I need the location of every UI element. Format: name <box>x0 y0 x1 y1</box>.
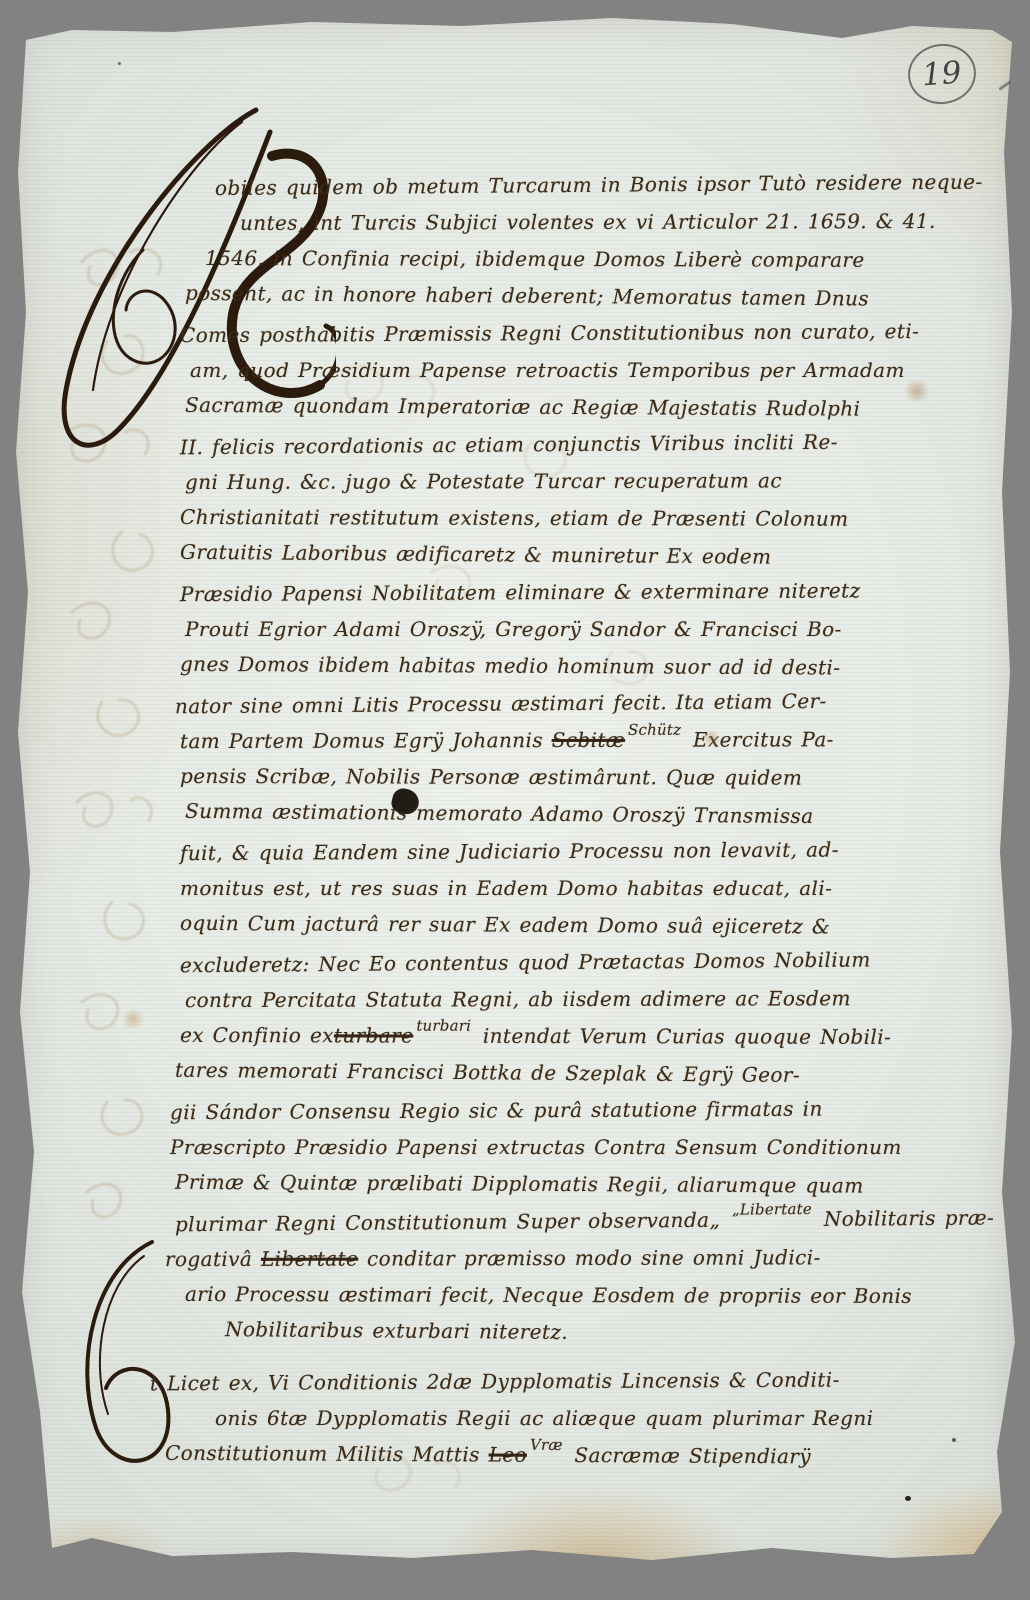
manuscript-line: Christianitati restitutum existens, etia… <box>150 500 990 539</box>
manuscript-line: pensis Scribæ, Nobilis Personæ æstimârun… <box>150 759 990 798</box>
manuscript-text-segment: Sacramæ quondam Imperatoriæ ac Regiæ Maj… <box>185 393 861 421</box>
struck-word: Libertate <box>261 1247 358 1271</box>
manuscript-text-segment: oquin Cum jacturâ rer suar Ex eadem Domo… <box>180 911 830 939</box>
manuscript-text-segment: gni Hung. &c. jugo & Potestate Turcar re… <box>185 468 782 494</box>
scanned-manuscript-page: { "page": { "page_number": "19", "backgr… <box>0 0 1030 1600</box>
manuscript-line: fuit, & quia Eandem sine Judiciario Proc… <box>150 832 990 874</box>
manuscript-text-segment: pensis Scribæ, Nobilis Personæ æstimârun… <box>180 764 802 790</box>
manuscript-line: Præsidio Papensi Nobilitatem eliminare &… <box>150 573 990 615</box>
inserted-word: Vræ <box>530 1428 563 1462</box>
manuscript-line: ex Confinio exturbareturbari intendat Ve… <box>150 1018 990 1057</box>
manuscript-text-segment: untes, int Turcis Subjici volentes ex vi… <box>240 209 936 235</box>
manuscript-text-segment: tam Partem Domus Egrÿ Johannis <box>180 728 552 753</box>
manuscript-text-segment: Summa æstimationis memorato Adamo Oroszÿ… <box>185 799 814 828</box>
manuscript-line: am, quod Præsidium Papense retroactis Te… <box>150 353 990 390</box>
manuscript-line: t Licet ex, Vi Conditionis 2dæ Dypplomat… <box>150 1362 990 1404</box>
manuscript-line: excluderetz: Nec Eo contentus quod Præta… <box>150 941 990 985</box>
manuscript-text-segment: Sacræmæ Stipendiarÿ <box>566 1443 811 1468</box>
manuscript-text-segment: ex Confinio ex <box>180 1023 334 1047</box>
manuscript-line: 1546. in Confinia recipi, ibidemque Domo… <box>150 241 990 280</box>
inserted-word: turbari <box>416 1009 471 1043</box>
manuscript-text-segment: intendat Verum Curias quoque Nobili- <box>474 1024 891 1049</box>
manuscript-line: monitus est, ut res suas in Eadem Domo h… <box>150 871 990 908</box>
page-number: 19 <box>921 55 963 94</box>
manuscript-line: rogativâ Libertate conditar præmisso mod… <box>150 1240 990 1279</box>
manuscript-text-segment: Christianitati restitutum existens, etia… <box>180 505 849 531</box>
struck-word: turbare <box>334 1023 413 1047</box>
manuscript-line: Nobilitaribus exturbari niteretz. <box>150 1311 990 1355</box>
manuscript-text-segment: gii Sándor Consensu Regio sic & purâ sta… <box>170 1097 823 1125</box>
manuscript-text-segment: Prouti Egrior Adami Oroszÿ, Gregorÿ Sand… <box>185 617 842 641</box>
ink-speck <box>905 1496 911 1501</box>
manuscript-line: obiles quidem ob metum Turcarum in Bonis… <box>150 164 990 208</box>
manuscript-line: possent, ac in honore haberi deberent; M… <box>150 275 990 319</box>
ink-speck <box>118 62 121 65</box>
manuscript-line: contra Percitata Statuta Regni, ab iisde… <box>150 981 990 1020</box>
manuscript-text-segment: plurimar Regni Constitutionum Super obse… <box>175 1208 729 1237</box>
manuscript-text-segment: contra Percitata Statuta Regni, ab iisde… <box>185 986 851 1012</box>
manuscript-line: untes, int Turcis Subjici volentes ex vi… <box>150 204 990 243</box>
manuscript-line: II. felicis recordationis ac etiam conju… <box>150 423 990 467</box>
manuscript-text-segment: Exercitus Pa- <box>684 727 834 751</box>
manuscript-text-segment: Constitutionum Militis Mattis <box>165 1441 489 1467</box>
manuscript-line: plurimar Regni Constitutionum Super obse… <box>150 1200 990 1244</box>
manuscript-text-segment: fuit, & quia Eandem sine Judiciario Proc… <box>180 837 839 865</box>
manuscript-text-segment: conditar præmisso modo sine omni Judici- <box>358 1245 821 1270</box>
manuscript-text: obiles quidem ob metum Turcarum in Bonis… <box>150 168 990 1475</box>
manuscript-text-segment: Comes posthabitis Præmissis Regni Consti… <box>180 319 919 347</box>
manuscript-line: Prouti Egrior Adami Oroszÿ, Gregorÿ Sand… <box>150 612 990 649</box>
manuscript-text-segment: Præsidio Papensi Nobilitatem eliminare &… <box>180 578 861 606</box>
manuscript-text-segment: excluderetz: Nec Eo contentus quod Præta… <box>180 947 871 977</box>
manuscript-text-segment: am, quod Præsidium Papense retroactis Te… <box>190 358 905 382</box>
manuscript-line: onis 6tæ Dypplomatis Regii ac aliæque qu… <box>150 1401 990 1438</box>
manuscript-text-segment: nator sine omni Litis Processu æstimari … <box>175 689 827 718</box>
manuscript-text-segment: gnes Domos ibidem habitas medio hominum … <box>180 652 841 680</box>
struck-word: Scbitæ <box>552 728 625 752</box>
manuscript-line: Primæ & Quintæ prælibati Dipplomatis Reg… <box>150 1165 990 1207</box>
manuscript-line: oquin Cum jacturâ rer suar Ex eadem Domo… <box>150 906 990 948</box>
manuscript-line: Sacramæ quondam Imperatoriæ ac Regiæ Maj… <box>150 388 990 430</box>
manuscript-text-segment: ario Processu æstimari fecit, Necque Eos… <box>185 1282 912 1308</box>
manuscript-line: Summa æstimationis memorato Adamo Oroszÿ… <box>150 793 990 837</box>
manuscript-text-segment: Gratuitis Laboribus ædificaretz & munire… <box>180 540 772 569</box>
manuscript-text-segment: Nobilitaribus exturbari niteretz. <box>225 1317 568 1344</box>
manuscript-text-segment: possent, ac in honore haberi deberent; M… <box>185 281 869 311</box>
manuscript-line: Præscripto Præsidio Papensi extructas Co… <box>150 1130 990 1167</box>
manuscript-line: Constitutionum Militis Mattis LeoVræ Sac… <box>150 1436 990 1478</box>
manuscript-text-segment: tares memorati Francisci Bottka de Szepl… <box>175 1058 800 1087</box>
inserted-word: Schütz <box>628 713 681 747</box>
manuscript-text-segment: 1546. in Confinia recipi, ibidemque Domo… <box>205 246 865 272</box>
ink-speck <box>952 1438 956 1442</box>
manuscript-line: gni Hung. &c. jugo & Potestate Turcar re… <box>150 463 990 502</box>
manuscript-text-segment: rogativâ <box>165 1247 261 1271</box>
manuscript-text-segment: t Licet ex, Vi Conditionis 2dæ Dypplomat… <box>150 1367 840 1395</box>
inserted-word: „Libertate <box>732 1192 812 1227</box>
manuscript-line: tares memorati Francisci Bottka de Szepl… <box>150 1052 990 1096</box>
struck-word: Leo <box>489 1443 527 1467</box>
manuscript-line: Comes posthabitis Præmissis Regni Consti… <box>150 314 990 356</box>
manuscript-line: tam Partem Domus Egrÿ Johannis ScbitæSch… <box>150 722 990 761</box>
manuscript-text-segment: monitus est, ut res suas in Eadem Domo h… <box>180 876 832 900</box>
manuscript-text-segment: Nobilitaris præ- <box>815 1205 994 1231</box>
manuscript-line: ario Processu æstimari fecit, Necque Eos… <box>150 1277 990 1316</box>
manuscript-line: Gratuitis Laboribus ædificaretz & munire… <box>150 534 990 578</box>
manuscript-text-segment: II. felicis recordationis ac etiam conju… <box>180 430 838 460</box>
manuscript-text-segment: obiles quidem ob metum Turcarum in Bonis… <box>215 170 983 200</box>
manuscript-line: gnes Domos ibidem habitas medio hominum … <box>150 647 990 689</box>
manuscript-line: nator sine omni Litis Processu æstimari … <box>150 682 990 726</box>
manuscript-text-segment: onis 6tæ Dypplomatis Regii ac aliæque qu… <box>215 1406 873 1430</box>
manuscript-line: gii Sándor Consensu Regio sic & purâ sta… <box>150 1091 990 1133</box>
manuscript-text-segment: Præscripto Præsidio Papensi extructas Co… <box>170 1135 902 1159</box>
